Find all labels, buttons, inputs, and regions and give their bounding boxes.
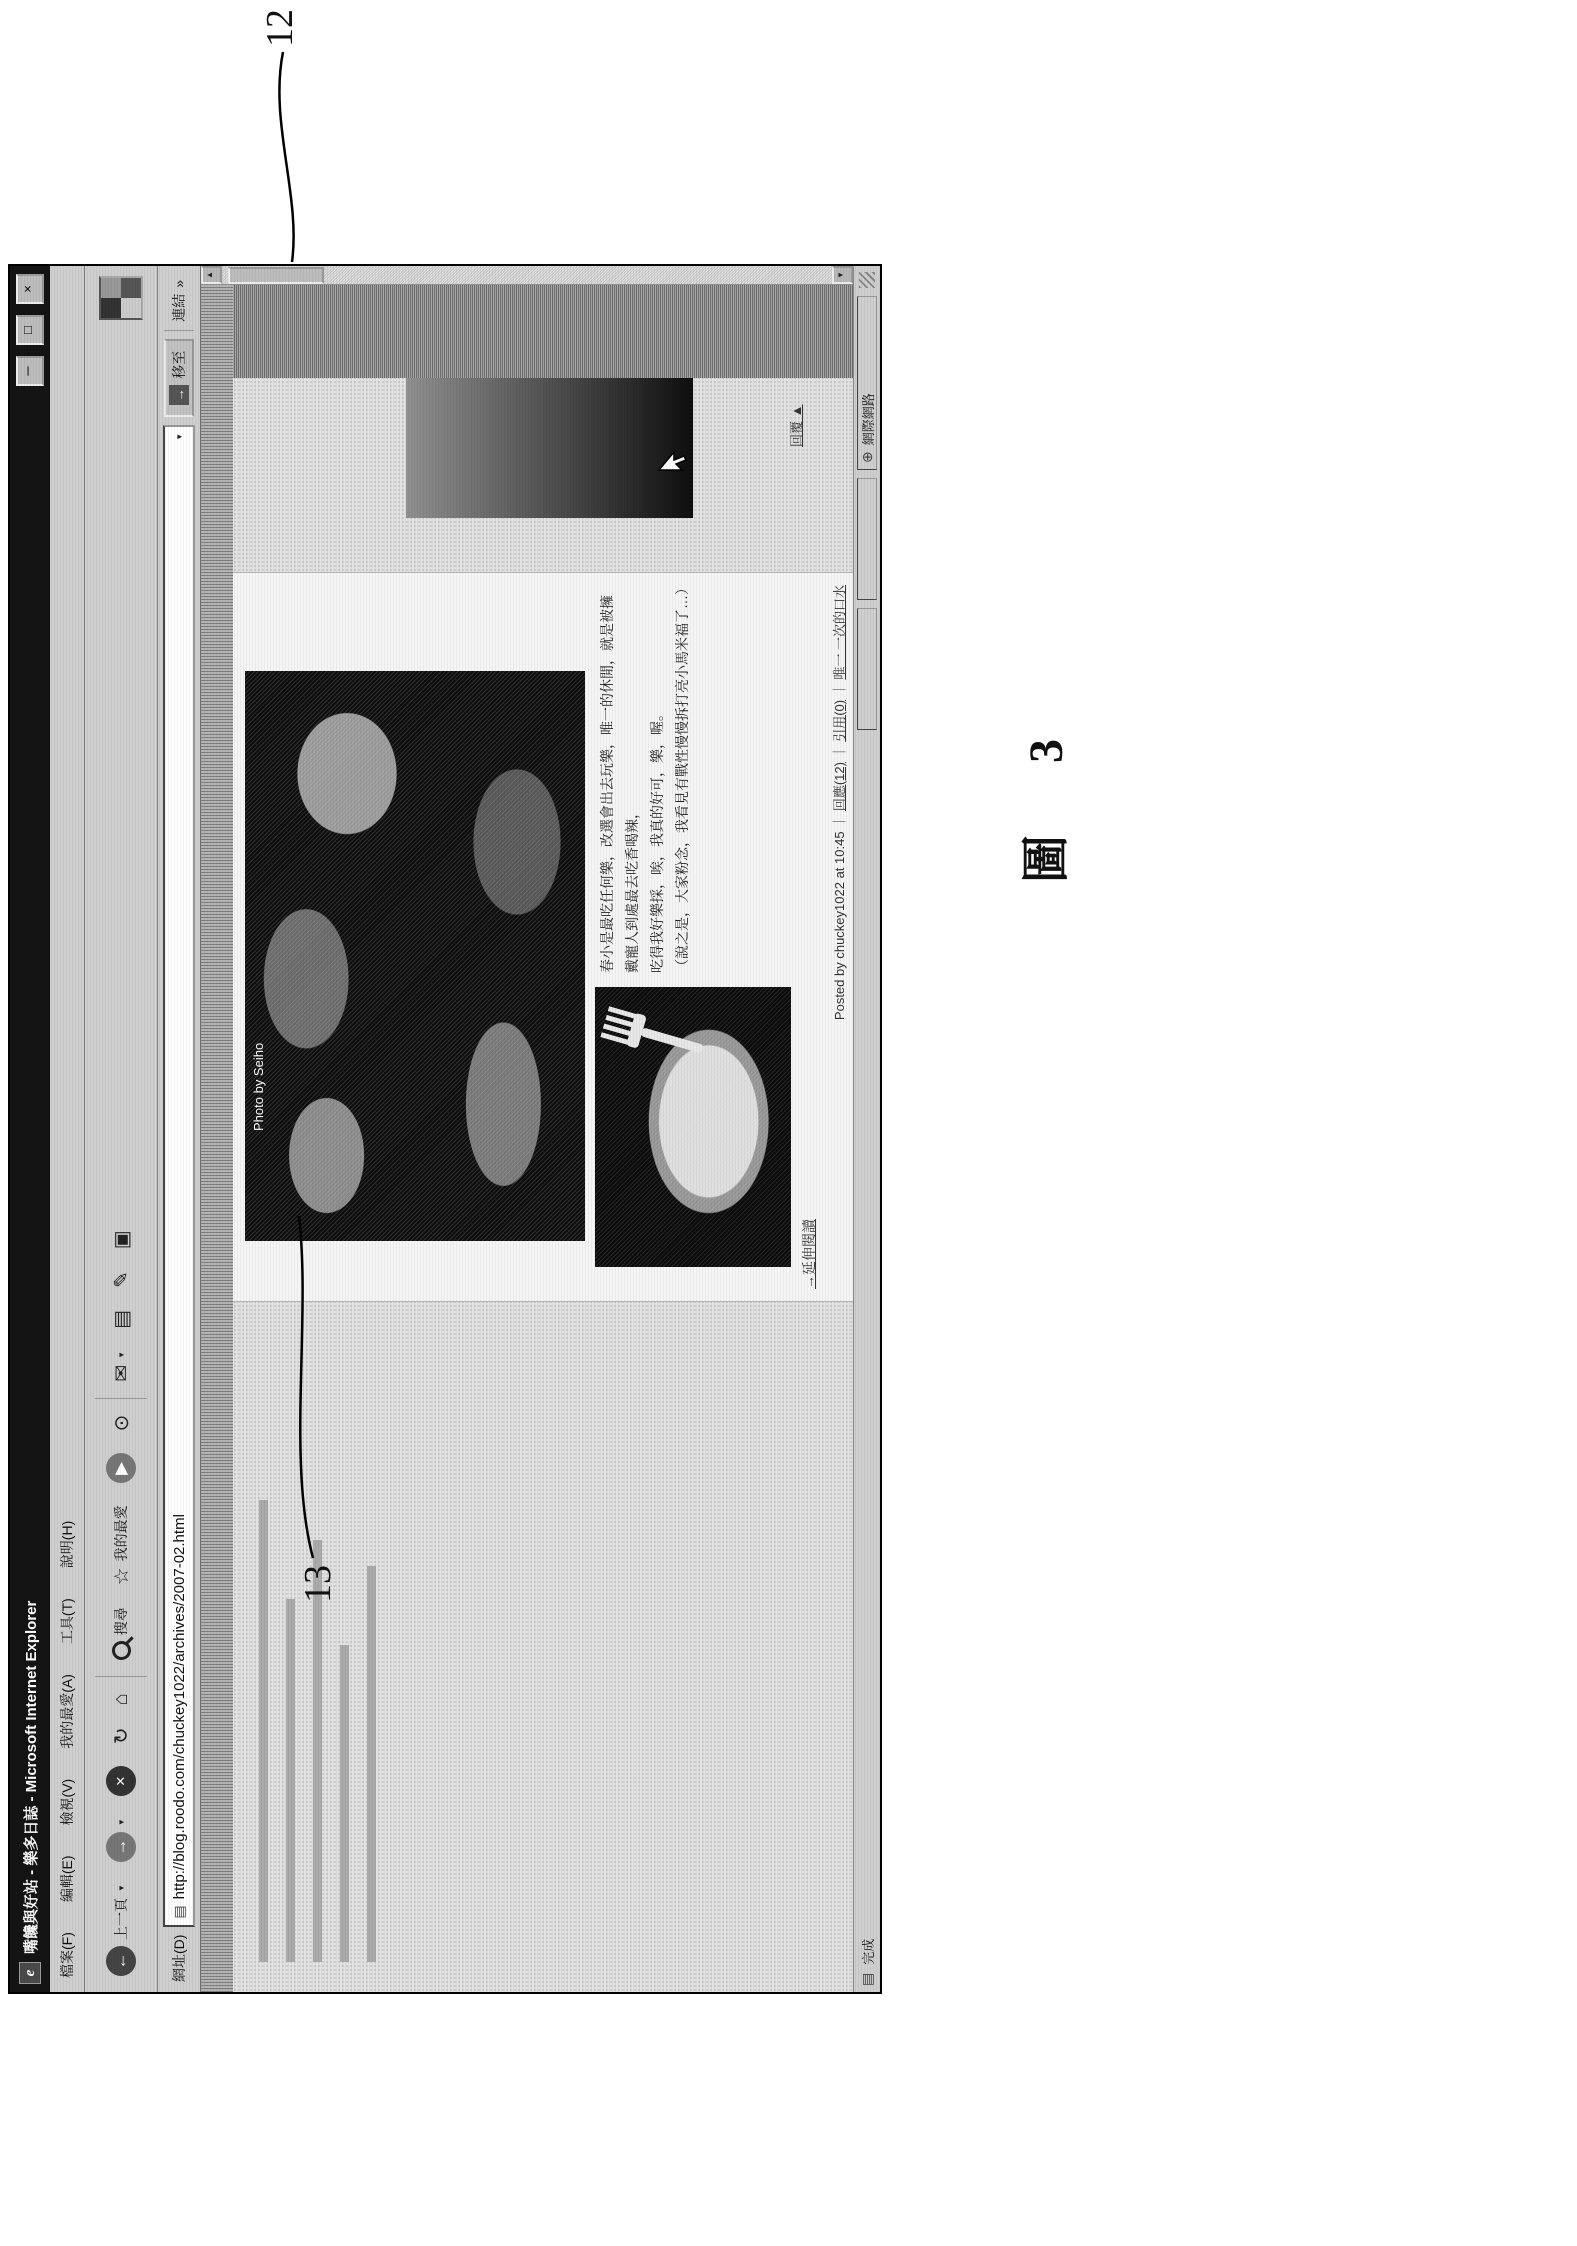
favorites-star-icon: ☆ (109, 1567, 134, 1585)
sidebar-placeholder (259, 1500, 268, 1962)
comments-link[interactable]: 回應(12) (832, 762, 847, 811)
search-icon (112, 1641, 131, 1660)
menu-bar: 檔案(F) 編輯(E) 檢視(V) 我的最愛(A) 工具(T) 說明(H) (50, 266, 85, 1992)
plate-fork-photo (595, 987, 791, 1267)
category-link[interactable]: 唯一 一次的口水 (832, 585, 847, 680)
back-label: 上一頁 (111, 1898, 131, 1940)
print-icon: ▤ (109, 1310, 134, 1329)
favorites-button[interactable]: ☆ 我的最愛 (106, 1499, 137, 1591)
edit-button[interactable]: ✎ (106, 1265, 137, 1294)
discuss-button[interactable]: ▣ (106, 1224, 137, 1255)
sidebar-placeholder (286, 1599, 295, 1962)
sidebar-placeholder (340, 1645, 349, 1962)
trackback-link[interactable]: 引用(0) (832, 700, 847, 742)
paragraph-line: 春小是最吃任何樂，改選會出去玩樂，唯一的休閒，就是被擁戴寵人到處最去吃香喝辣， (595, 585, 645, 973)
patent-figure-3: e 嘴饞與好站 - 樂多日誌 - Microsoft Internet Expl… (0, 0, 1577, 2246)
refresh-button[interactable]: ↻ (106, 1721, 137, 1750)
status-bar: ▤ 完成 ⊕ 網際網路 (853, 266, 880, 1992)
sidebar-texture-band (233, 285, 853, 378)
media-button[interactable]: ▶ (103, 1447, 139, 1489)
search-label: 搜尋 (111, 1607, 131, 1635)
left-sidebar (233, 1302, 853, 1992)
photo-text-row: 春小是最吃任何樂，改選會出去玩樂，唯一的休閒，就是被擁戴寵人到處最去吃香喝辣， … (595, 585, 791, 1289)
post-meta: Posted by chuckey1022 at 10:45 ｜ 回應(12) … (829, 585, 848, 1289)
address-bar: 網址(D) ▤ http://blog.roodo.com/chuckey102… (158, 266, 201, 1992)
mail-dropdown-icon[interactable]: ▼ (117, 1351, 126, 1359)
scroll-down-button[interactable]: ▼ (832, 266, 853, 284)
vertical-scrollbar[interactable]: ▲ ▼ (201, 266, 853, 285)
sidebar-placeholder (367, 1566, 376, 1962)
media-icon: ▶ (106, 1453, 136, 1483)
favorites-label: 我的最愛 (111, 1505, 131, 1561)
edit-icon: ✎ (109, 1271, 134, 1288)
photo-credit: Photo by Seiho (251, 1043, 266, 1131)
posted-by-text: Posted by chuckey1022 at 10:45 (832, 831, 847, 1020)
callout-12: 12 (252, 2, 308, 54)
links-label: 連結 (169, 294, 189, 322)
address-label: 網址(D) (169, 1935, 189, 1982)
food-collage-photo: Photo by Seiho (245, 671, 585, 1241)
search-button[interactable]: 搜尋 (108, 1601, 134, 1666)
status-page-icon: ▤ (859, 1973, 876, 1986)
blog-header-banner (201, 285, 233, 1992)
links-bar[interactable]: 連結 » (169, 276, 189, 322)
post-paragraph: 春小是最吃任何樂，改選會出去玩樂，唯一的休閒，就是被擁戴寵人到處最去吃香喝辣， … (595, 585, 791, 973)
mouse-cursor (658, 450, 688, 472)
resize-grip[interactable] (859, 272, 875, 288)
menu-view[interactable]: 檢視(V) (57, 1779, 77, 1826)
menu-tools[interactable]: 工具(T) (57, 1598, 77, 1644)
scrollbar-track[interactable] (222, 266, 832, 284)
print-button[interactable]: ▤ (106, 1304, 137, 1335)
blog-body: Photo by Seiho (233, 285, 853, 1992)
go-button[interactable]: → 移至 (164, 339, 194, 417)
history-button[interactable]: ⊙ (106, 1409, 137, 1438)
address-dropdown-icon[interactable]: ▼ (175, 433, 184, 441)
go-label: 移至 (169, 351, 189, 379)
forward-button[interactable]: → ▼ (103, 1812, 139, 1868)
toolbar-separator (95, 1398, 147, 1399)
blog-page: Photo by Seiho (201, 285, 853, 1992)
links-chevron-icon[interactable]: » (171, 280, 187, 288)
close-button[interactable]: × (16, 274, 44, 304)
up-arrow-icon: ▲ (789, 404, 804, 417)
scroll-up-button[interactable]: ▲ (201, 266, 222, 284)
stop-icon: × (106, 1766, 136, 1796)
security-zone: ⊕ 網際網路 (857, 296, 877, 470)
ie-logo-icon: e (19, 1962, 41, 1984)
discuss-icon: ▣ (109, 1230, 134, 1249)
browser-window: e 嘴饞與好站 - 樂多日誌 - Microsoft Internet Expl… (8, 264, 882, 1994)
callout-13: 13 (290, 1558, 346, 1610)
menu-file[interactable]: 檔案(F) (57, 1932, 77, 1978)
reply-top-link[interactable]: 回覆 ▲ (786, 404, 805, 447)
status-segment (857, 608, 877, 730)
meta-separator: ｜ (832, 815, 847, 828)
fork-icon (599, 1000, 711, 1071)
toolbar-separator (95, 1676, 147, 1677)
throbber-logo-icon (99, 276, 143, 320)
menu-favorites[interactable]: 我的最愛(A) (57, 1674, 77, 1749)
paragraph-line: （說之是，大家粉念，我看見有戰性慢慢拆打亮小馬米福了…） (670, 585, 695, 973)
right-sidebar (233, 285, 853, 572)
minimize-button[interactable]: ─ (16, 356, 44, 386)
stop-button[interactable]: × (103, 1760, 139, 1802)
back-dropdown-icon[interactable]: ▼ (117, 1884, 126, 1892)
meta-separator: ｜ (832, 745, 847, 758)
reply-label: 回覆 (789, 421, 804, 447)
title-bar: e 嘴饞與好站 - 樂多日誌 - Microsoft Internet Expl… (10, 266, 50, 1992)
status-segment (857, 478, 877, 600)
meta-separator: ｜ (832, 683, 847, 696)
toolbar: ← 上一頁 ▼ → ▼ × ↻ ⌂ (85, 266, 158, 1992)
read-more-link[interactable]: →延伸閱讀 (799, 1219, 819, 1289)
window-title: 嘴饞與好站 - 樂多日誌 - Microsoft Internet Explor… (20, 397, 41, 1954)
figure-caption: 圖 3 (1006, 686, 1076, 924)
content-area: Photo by Seiho (201, 266, 853, 1992)
go-icon: → (169, 385, 189, 405)
menu-help[interactable]: 說明(H) (57, 1521, 77, 1568)
sidebar-dark-banner (406, 378, 693, 518)
home-button[interactable]: ⌂ (107, 1687, 136, 1711)
page-icon: ▤ (171, 1905, 188, 1918)
figure-caption-wrap: 圖 3 (1006, 686, 1076, 924)
forward-dropdown-icon[interactable]: ▼ (117, 1818, 126, 1826)
menu-edit[interactable]: 編輯(E) (57, 1855, 77, 1902)
mail-icon: ✉ (109, 1365, 134, 1382)
maximize-button[interactable]: □ (16, 315, 44, 345)
address-separator (164, 330, 194, 331)
scrollbar-thumb[interactable] (228, 267, 324, 284)
address-url[interactable]: http://blog.roodo.com/chuckey1022/archiv… (171, 1514, 188, 1899)
status-text: 完成 (858, 1939, 877, 1965)
history-icon: ⊙ (109, 1415, 134, 1432)
zone-text: 網際網路 (858, 393, 877, 445)
address-input[interactable]: ▤ http://blog.roodo.com/chuckey1022/arch… (163, 425, 195, 1927)
ie-window: e 嘴饞與好站 - 樂多日誌 - Microsoft Internet Expl… (8, 264, 882, 1994)
back-icon: ← (106, 1946, 136, 1976)
back-button[interactable]: ← 上一頁 ▼ (103, 1878, 139, 1982)
blog-post: Photo by Seiho (233, 572, 853, 1302)
refresh-icon: ↻ (109, 1727, 134, 1744)
mail-button[interactable]: ✉ ▼ (106, 1345, 137, 1388)
globe-icon: ⊕ (859, 451, 876, 463)
paragraph-line: 吃得我好樂採，唉，我真的好可，樂，喔。 (645, 585, 670, 973)
home-icon: ⌂ (110, 1693, 133, 1705)
forward-icon: → (106, 1832, 136, 1862)
